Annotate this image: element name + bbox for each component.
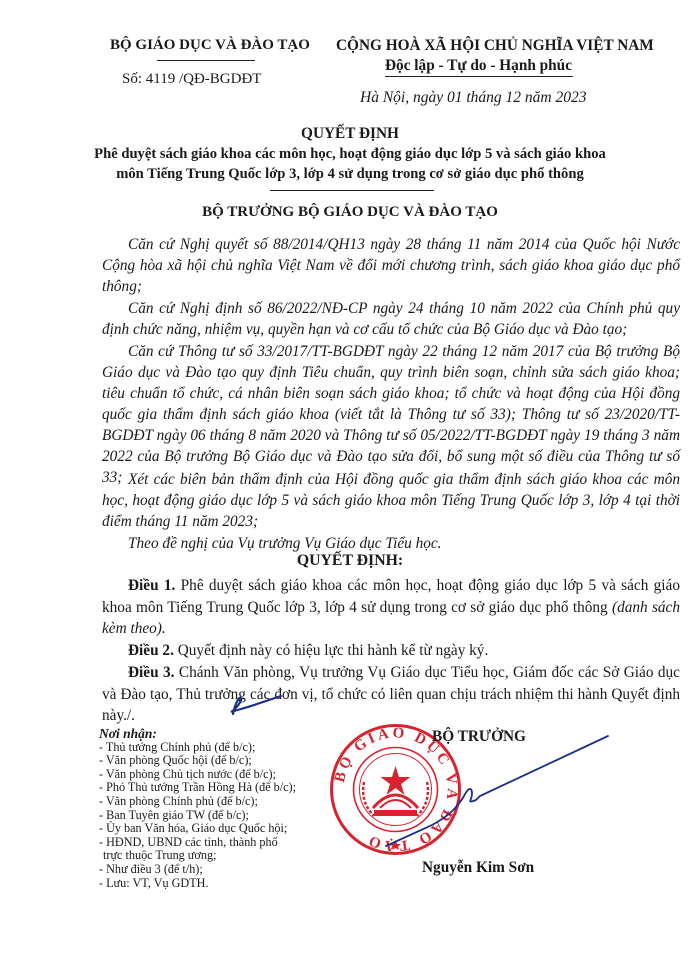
recipients-list: Nơi nhận: - Thủ tướng Chính phủ (để b/c)… xyxy=(99,727,296,890)
document-number: Số: 4119 /QĐ-BGDĐT xyxy=(122,71,261,88)
ministry-name: BỘ GIÁO DỤC VÀ ĐÀO TẠO xyxy=(110,37,310,54)
recipient-item: - Ban Tuyên giáo TW (để b/c); xyxy=(99,809,296,823)
article-3: Điều 3. Chánh Văn phòng, Vụ trưởng Vụ Gi… xyxy=(102,662,680,727)
recipient-item: - Ủy ban Văn hóa, Giáo dục Quốc hội; xyxy=(99,822,296,836)
subject-line-1: Phê duyệt sách giáo khoa các môn học, ho… xyxy=(0,146,700,163)
decision-heading: QUYẾT ĐỊNH: xyxy=(0,552,700,570)
recipient-item: - HĐND, UBND các tỉnh, thành phố xyxy=(99,836,296,850)
title-underline xyxy=(270,190,434,191)
country-name: CỘNG HOÀ XÃ HỘI CHỦ NGHĨA VIỆT NAM xyxy=(336,37,654,55)
preamble-3: Căn cứ Thông tư số 33/2017/TT-BGDĐT ngày… xyxy=(102,341,680,488)
motto-underline xyxy=(385,76,573,77)
recipients-title: Nơi nhận: xyxy=(99,727,296,741)
initial-mark-icon xyxy=(225,690,285,718)
preamble-4: Xét các biên bản thẩm định của Hội đồng … xyxy=(102,469,680,532)
recipient-item: - Văn phòng Quốc hội (để b/c); xyxy=(99,754,296,768)
article-2: Điều 2. Quyết định này có hiệu lực thi h… xyxy=(102,640,680,662)
subject-line-2: môn Tiếng Trung Quốc lớp 3, lớp 4 sử dụn… xyxy=(0,166,700,183)
recipient-item: - Lưu: VT, Vụ GDTH. xyxy=(99,877,296,891)
recipient-item: - Phó Thủ tướng Trần Hồng Hà (để b/c); xyxy=(99,781,296,795)
recipient-item: - Văn phòng Chính phủ (để b/c); xyxy=(99,795,296,809)
place-date: Hà Nội, ngày 01 tháng 12 năm 2023 xyxy=(360,89,586,107)
issuing-authority: BỘ TRƯỞNG BỘ GIÁO DỤC VÀ ĐÀO TẠO xyxy=(0,204,700,221)
ministry-underline xyxy=(157,60,255,61)
national-motto: Độc lập - Tự do - Hạnh phúc xyxy=(385,57,572,75)
preamble-1: Căn cứ Nghị quyết số 88/2014/QH13 ngày 2… xyxy=(102,234,680,297)
preamble-2: Căn cứ Nghị định số 86/2022/NĐ-CP ngày 2… xyxy=(102,298,680,340)
document-type: QUYẾT ĐỊNH xyxy=(0,125,700,143)
signer-name: Nguyễn Kim Sơn xyxy=(422,859,534,877)
recipient-item: - Văn phòng Chủ tịch nước (để b/c); xyxy=(99,768,296,782)
signature-icon xyxy=(380,730,620,850)
recipient-item: - Thủ tướng Chính phủ (để b/c); xyxy=(99,741,296,755)
recipient-item-continued: trực thuộc Trung ương; xyxy=(99,849,296,863)
recipient-item: - Như điều 3 (để t/h); xyxy=(99,863,296,877)
preamble-5: Theo đề nghị của Vụ trưởng Vụ Giáo dục T… xyxy=(102,533,680,554)
article-1: Điều 1. Phê duyệt sách giáo khoa các môn… xyxy=(102,575,680,640)
